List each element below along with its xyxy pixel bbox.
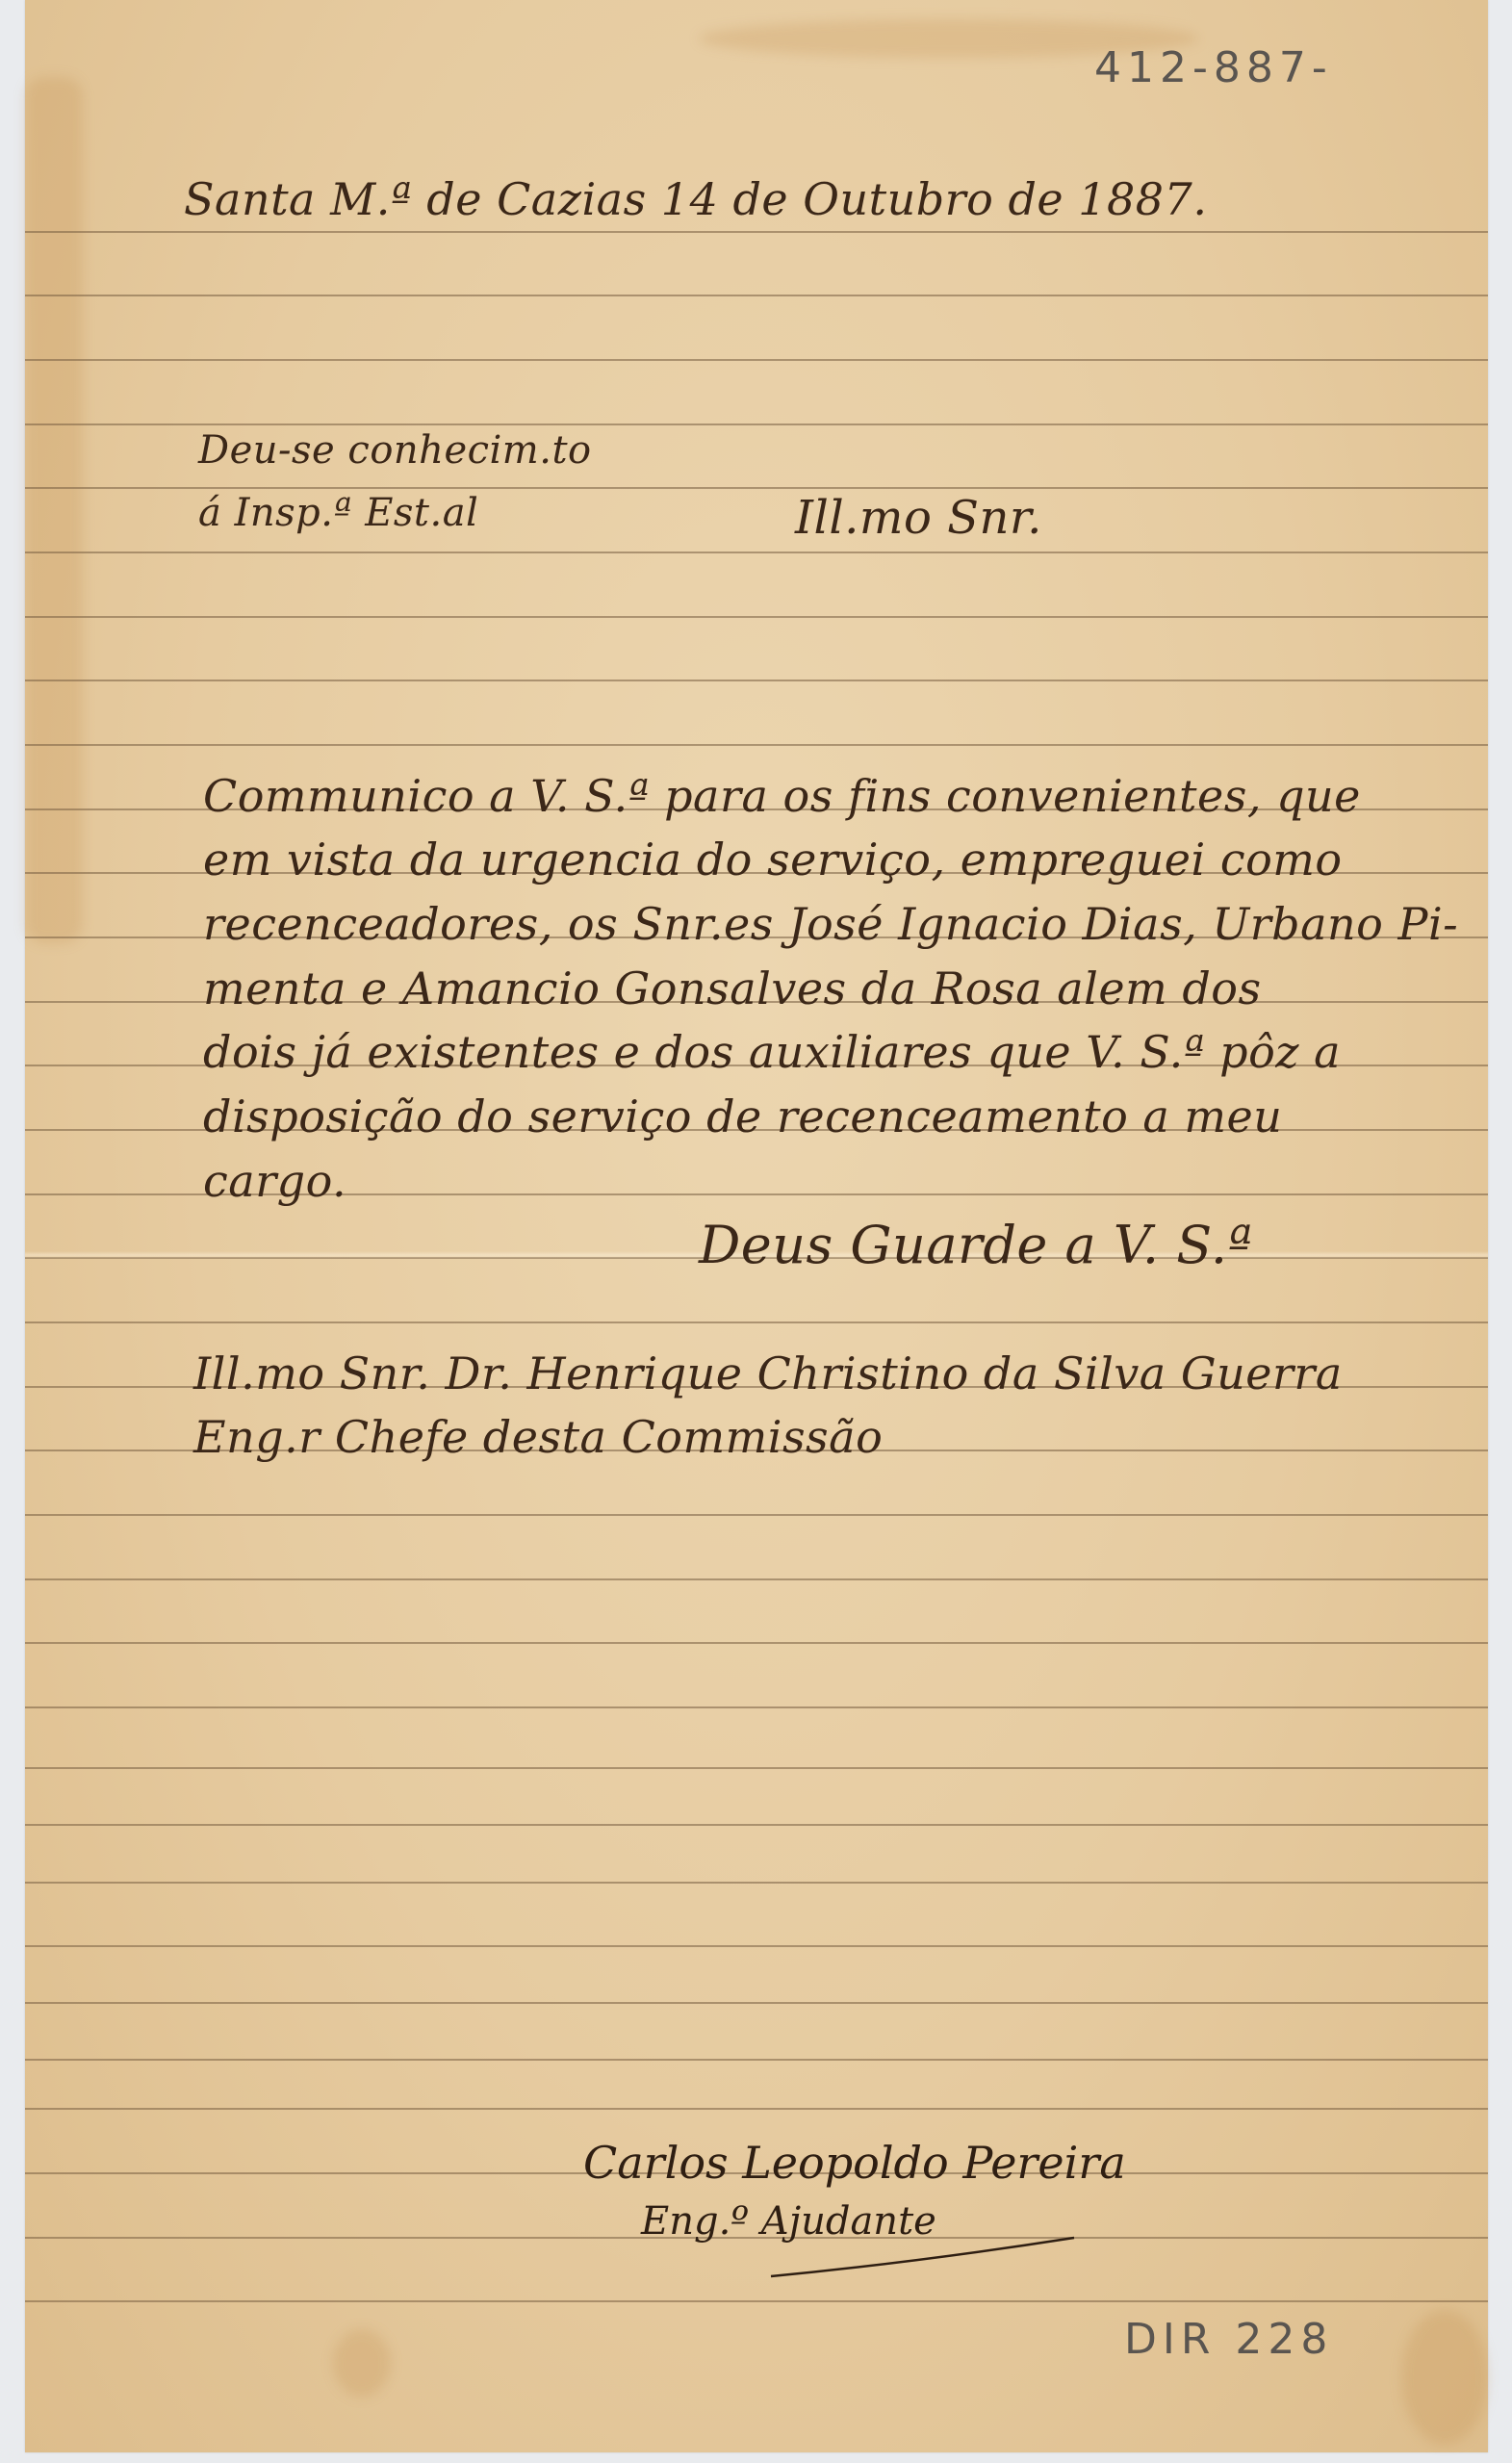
stain-left-edge bbox=[25, 77, 83, 943]
ruled-line bbox=[25, 359, 1488, 361]
ruled-line bbox=[25, 2002, 1488, 2004]
stain-right-bottom bbox=[1401, 2310, 1488, 2445]
ruled-line bbox=[25, 487, 1488, 489]
body-line-4: menta e Amancio Gonsalves da Rosa alem d… bbox=[203, 962, 1262, 1014]
ruled-line bbox=[25, 1945, 1488, 1947]
body-line-1: Communico a V. S.ª para os fins convenie… bbox=[203, 770, 1361, 822]
ruled-line bbox=[25, 1514, 1488, 1516]
body-line-7: cargo. bbox=[203, 1155, 346, 1207]
marginal-note-line1: Deu-se conhecim.to bbox=[198, 428, 592, 473]
ruled-line bbox=[25, 1321, 1488, 1323]
ruled-line bbox=[25, 1706, 1488, 1708]
ruled-line bbox=[25, 231, 1488, 233]
archive-number-bottom: DIR 228 bbox=[1124, 2315, 1333, 2364]
ruled-line bbox=[25, 2108, 1488, 2110]
body-line-2: em vista da urgencia do serviço, empregu… bbox=[203, 834, 1343, 885]
signature-name: Carlos Leopoldo Pereira bbox=[583, 2137, 1126, 2189]
body-line-6: disposição do serviço de recenceamento a… bbox=[203, 1090, 1282, 1142]
ruled-line bbox=[25, 680, 1488, 681]
body-line-3: recenceadores, os Snr.es José Ignacio Di… bbox=[203, 898, 1458, 950]
body-line-5: dois já existentes e dos auxiliares que … bbox=[203, 1026, 1341, 1078]
ruled-line bbox=[25, 1824, 1488, 1826]
addressee-line2: Eng.r Chefe desta Commissão bbox=[193, 1411, 883, 1463]
ruled-line bbox=[25, 1642, 1488, 1644]
ruled-line bbox=[25, 1767, 1488, 1769]
ruled-line bbox=[25, 552, 1488, 553]
letter-page: 412-887- Santa M.ª de Cazias 14 de Outub… bbox=[25, 0, 1488, 2452]
dateline: Santa M.ª de Cazias 14 de Outubro de 188… bbox=[184, 173, 1207, 225]
ruled-line bbox=[25, 744, 1488, 746]
marginal-note-line2: á Insp.ª Est.al bbox=[198, 491, 478, 535]
ruled-line bbox=[25, 2300, 1488, 2302]
stain-bottom-center bbox=[333, 2329, 391, 2397]
salutation: Ill.mo Snr. bbox=[795, 491, 1042, 545]
ruled-line bbox=[25, 2059, 1488, 2061]
closing: Deus Guarde a V. S.ª bbox=[699, 1215, 1253, 1275]
addressee-line1: Ill.mo Snr. Dr. Henrique Christino da Si… bbox=[193, 1347, 1343, 1399]
signature-flourish bbox=[766, 2233, 1084, 2281]
archive-number-top: 412-887- bbox=[1094, 43, 1333, 92]
ruled-line bbox=[25, 423, 1488, 425]
ruled-line bbox=[25, 1882, 1488, 1884]
ruled-line bbox=[25, 295, 1488, 296]
ruled-line bbox=[25, 1578, 1488, 1580]
ruled-line bbox=[25, 616, 1488, 618]
